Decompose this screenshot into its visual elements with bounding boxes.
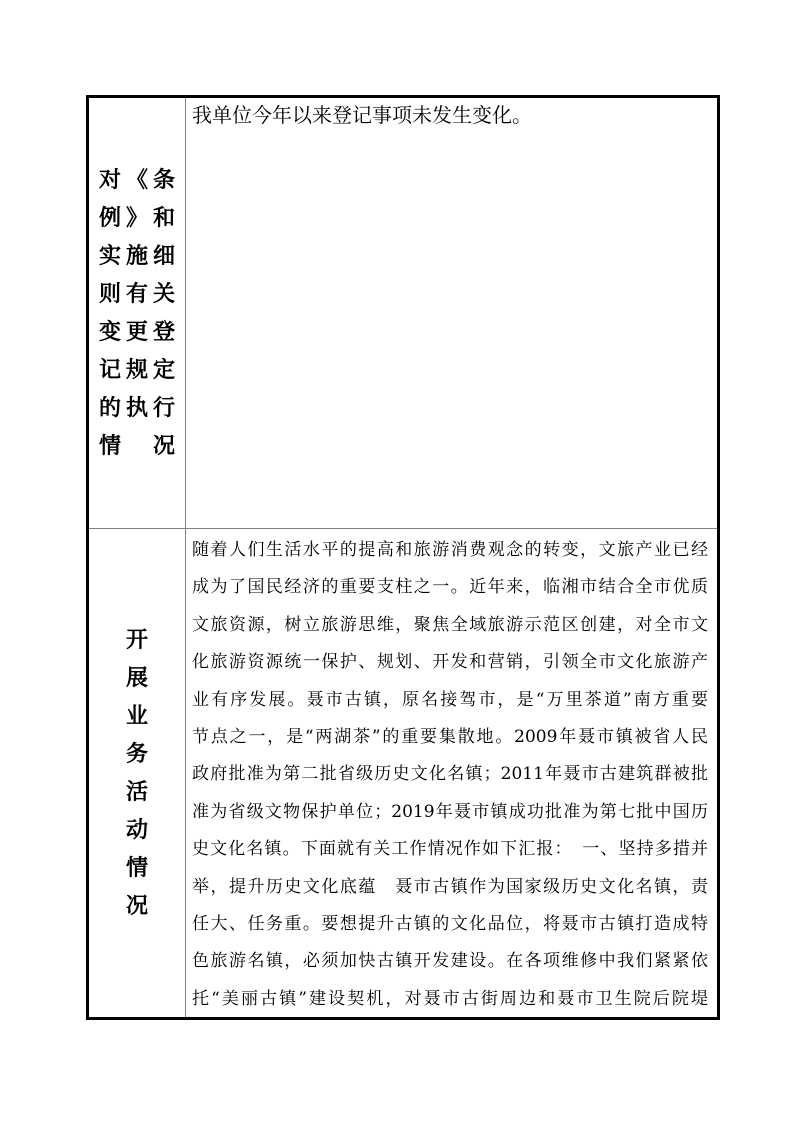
- content-line: 政府批准为第二批省级历史文化名镇；2011年聂市古建筑群被批: [192, 756, 708, 793]
- label-line: 例》和: [99, 199, 175, 237]
- content-line: 文旅资源，树立旅游思维，聚焦全域旅游示范区创建，对全市文: [192, 607, 708, 644]
- content-line: 随着人们生活水平的提高和旅游消费观念的转变，文旅产业已经: [192, 532, 708, 569]
- content-line: 节点之一，是“两湖茶”的重要集散地。2009年聂市镇被省人民: [192, 719, 708, 756]
- row-regulation-label-cell: 对《条 例》和 实施细 则有关 变更登 记规定 的执行 情 况: [89, 98, 186, 529]
- label-line: 实施细: [99, 237, 175, 275]
- row-regulation-content-cell: 我单位今年以来登记事项未发生变化。: [186, 98, 717, 529]
- label-line: 业: [99, 697, 175, 735]
- content-line: 准为省级文物保护单位；2019年聂市镇成功批准为第七批中国历: [192, 794, 708, 831]
- label-line: 变更登: [99, 313, 175, 351]
- regulation-statement: 我单位今年以来登记事项未发生变化。: [192, 101, 708, 129]
- label-line: 情: [99, 849, 175, 887]
- label-line: 则有关: [99, 275, 175, 313]
- label-line: 动: [99, 811, 175, 849]
- label-line: 况: [99, 887, 175, 925]
- content-line: 色旅游名镇，必须加快古镇开发建设。在各项维修中我们紧紧依: [192, 943, 708, 980]
- content-line: 任大、任务重。要想提升古镇的文化品位，将聂市古镇打造成特: [192, 906, 708, 943]
- label-line: 务: [99, 735, 175, 773]
- content-line: 举，提升历史文化底蕴 聂市古镇作为国家级历史文化名镇，责: [192, 869, 708, 906]
- content-line: 托“美丽古镇”建设契机，对聂市古街周边和聂市卫生院后院堤: [192, 981, 708, 1017]
- row-activities-label-cell: 开 展 业 务 活 动 情 况: [89, 529, 186, 1017]
- document-page: 对《条 例》和 实施细 则有关 变更登 记规定 的执行 情 况 我单位今年以来登…: [0, 0, 794, 1122]
- content-line: 史文化名镇。下面就有关工作情况作如下汇报： 一、坚持多措并: [192, 831, 708, 868]
- label-line: 开: [99, 621, 175, 659]
- content-line: 化旅游资源统一保护、规划、开发和营销，引领全市文化旅游产: [192, 644, 708, 681]
- label-line: 展: [99, 659, 175, 697]
- form-table: 对《条 例》和 实施细 则有关 变更登 记规定 的执行 情 况 我单位今年以来登…: [86, 95, 720, 1020]
- label-line: 的执行: [99, 389, 175, 427]
- content-line: 成为了国民经济的重要支柱之一。近年来，临湘市结合全市优质: [192, 569, 708, 606]
- label-line: 活: [99, 773, 175, 811]
- label-line: 情 况: [99, 427, 175, 465]
- label-line: 对《条: [99, 161, 175, 199]
- label-line: 记规定: [99, 351, 175, 389]
- content-line: 业有序发展。聂市古镇，原名接驾市，是“万里茶道”南方重要: [192, 682, 708, 719]
- row-activities-content-cell: 随着人们生活水平的提高和旅游消费观念的转变，文旅产业已经 成为了国民经济的重要支…: [186, 529, 717, 1017]
